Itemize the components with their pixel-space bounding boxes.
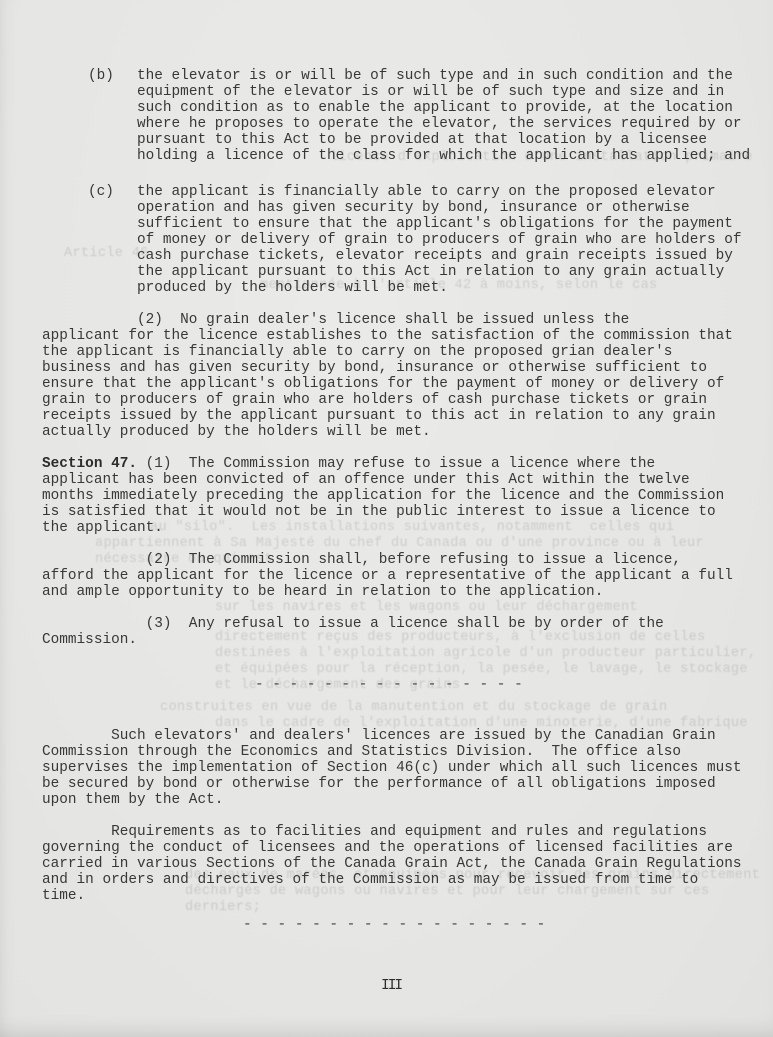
clause-b-label: (b) [88,68,114,84]
scanned-document-page: licence d'exploitation d'une installatio… [0,0,773,1037]
page-number: III [381,978,401,994]
bleed-text-line: construites en vue de la manutention et … [160,700,667,716]
dashed-separator: - - - - - - - - - - - - - - - - - - [243,917,545,933]
subsection-2-dealer-text: (2) No grain dealer's licence shall be i… [42,312,733,440]
bleed-text-line: appartiennent à Sa Majesté du chef du Ca… [95,536,704,552]
section-47-subsection-1-text: (1) The Commission may refuse to issue a… [42,456,724,536]
commentary-requirements-text: Requirements as to facilities and equipm… [42,824,742,904]
bleed-text-line: sur les navires et les wagons ou leur dé… [215,600,638,616]
bleed-text-line: destinées à l'exploitation agricole d'un… [215,646,756,662]
dashed-separator: - - - - - - - - - - - - - - - - [255,677,523,693]
clause-c-label: (c) [88,184,114,200]
clause-b-text: the elevator is or will be of such type … [137,68,750,164]
bleed-text-line: et équipées pour la réception, la pesée,… [215,662,748,678]
section-47-subsection-3-text: (3) Any refusal to issue a licence shall… [42,616,664,648]
commentary-licences-text: Such elevators' and dealers' licences ar… [42,728,742,808]
section-47-subsection-2-text: (2) The Commission shall, before refusin… [42,552,733,600]
clause-c-text: the applicant is financially able to car… [137,184,742,296]
bleed-text-line: Article 46 [64,246,149,262]
